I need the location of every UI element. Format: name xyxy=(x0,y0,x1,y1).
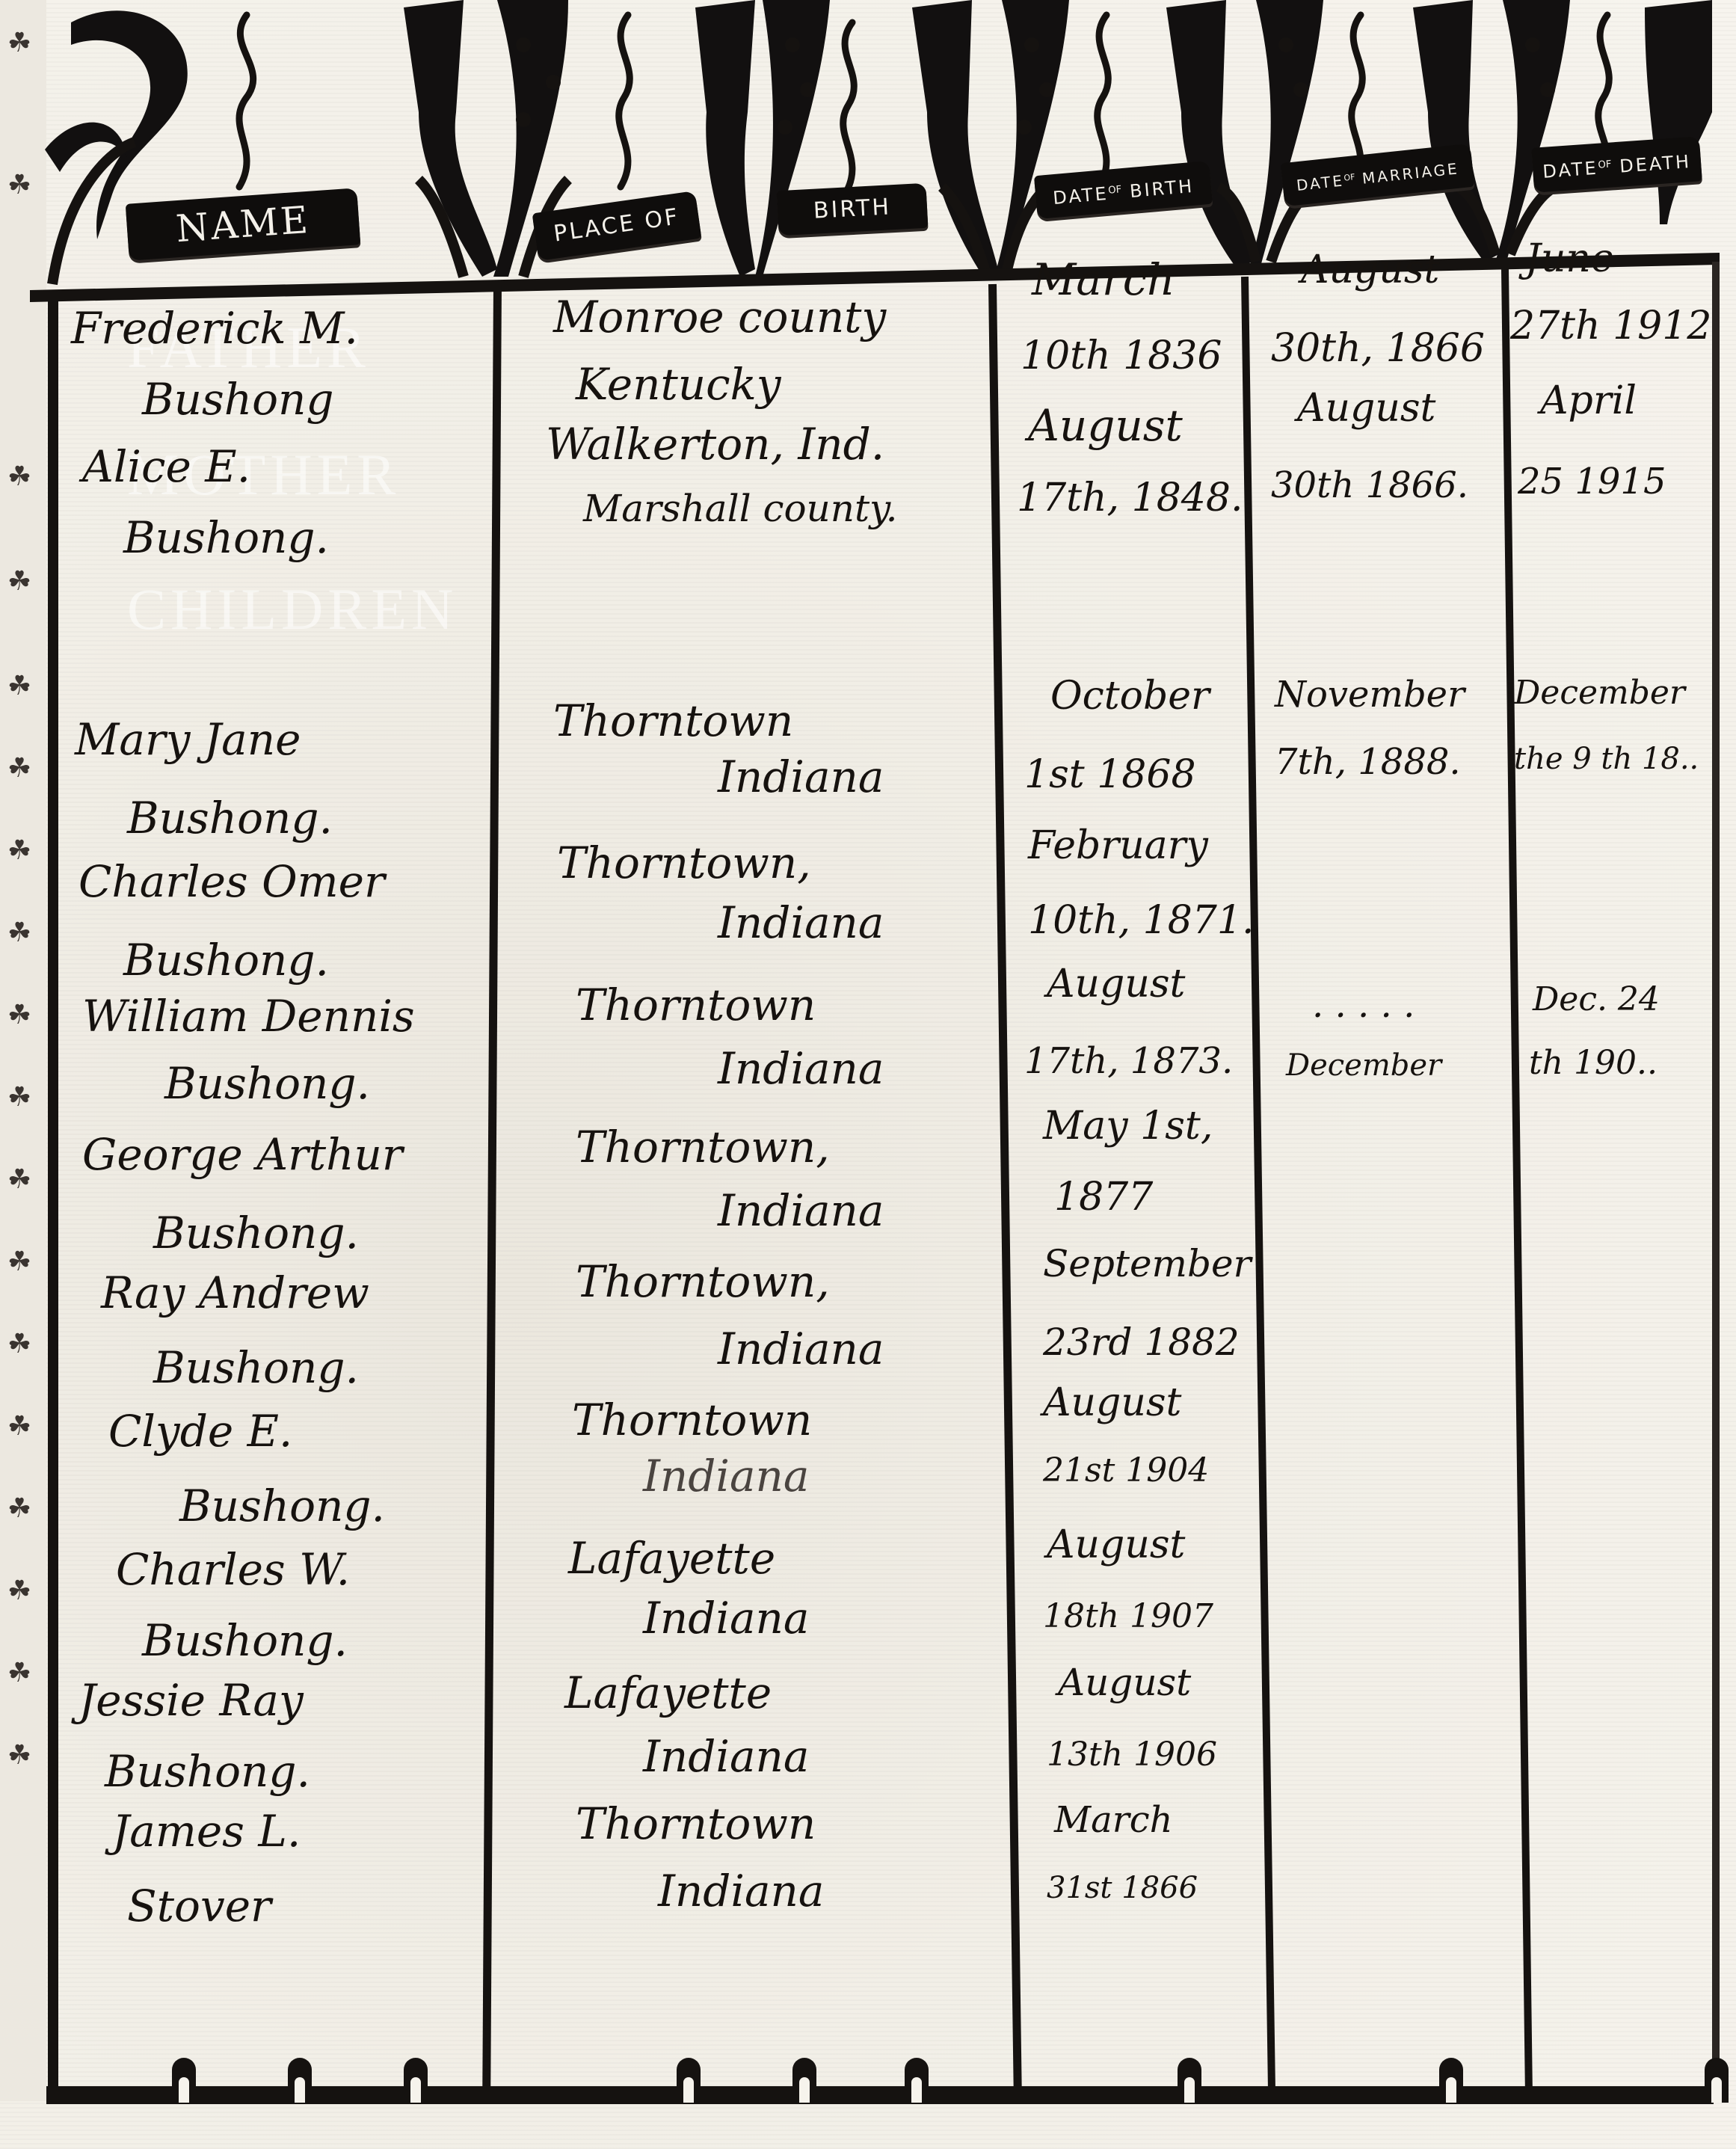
death-line1: Dec. 24 xyxy=(1533,983,1660,1016)
death-line1: December xyxy=(1514,677,1685,710)
birth-line2: 23rd 1882 xyxy=(1043,1323,1240,1361)
birth-line2: 21st 1904 xyxy=(1043,1454,1209,1487)
name-line2: Bushong. xyxy=(179,1484,385,1528)
marriage-line2: 30th, 1866 xyxy=(1271,329,1485,368)
birth-line1: October xyxy=(1050,677,1210,716)
scallop-ornament-icon xyxy=(792,2058,816,2103)
birth-line2: 10th 1836 xyxy=(1021,336,1222,375)
place-line1: Monroe county xyxy=(553,295,886,339)
name-line1: Frederick M. xyxy=(71,307,358,350)
clover-ornament-icon: ☘ xyxy=(6,1002,33,1029)
name-line1: Alice E. xyxy=(82,445,250,488)
name-line1: George Arthur xyxy=(82,1133,403,1176)
birth-line1: May 1st, xyxy=(1043,1107,1213,1146)
scallop-ornament-icon xyxy=(1705,2058,1729,2103)
place-line2: Indiana xyxy=(643,1454,809,1498)
scallop-ornament-icon xyxy=(677,2058,701,2103)
name-line2: Bushong. xyxy=(153,1346,359,1389)
clover-ornament-icon: ☘ xyxy=(6,1331,33,1358)
place-line2: Indiana xyxy=(718,1327,884,1371)
clover-ornament-icon: ☘ xyxy=(6,1578,33,1605)
birth-line1: August xyxy=(1047,965,1185,1003)
birth-line2: 17th, 1873. xyxy=(1024,1043,1233,1079)
frame-right-line xyxy=(1712,262,1720,2094)
birth-line1: March xyxy=(1054,1802,1173,1838)
clover-ornament-icon: ☘ xyxy=(6,920,33,947)
marriage-line1: August xyxy=(1301,250,1439,289)
marriage-line2: 7th, 1888. xyxy=(1275,744,1461,780)
marriage-line2: 30th 1866. xyxy=(1271,467,1468,503)
name-line1: Mary Jane xyxy=(75,718,301,761)
place-line2: Indiana xyxy=(718,1189,884,1232)
scallop-ornament-icon xyxy=(288,2058,312,2103)
place-line1: Thorntown xyxy=(576,1802,816,1845)
birth-line2: 10th, 1871. xyxy=(1028,901,1254,940)
death-line1: June xyxy=(1525,239,1614,278)
place-line1: Thorntown xyxy=(572,1398,812,1442)
birth-line1: August xyxy=(1043,1383,1181,1422)
birth-line1: March xyxy=(1032,258,1175,301)
header-birth-label: BIRTH xyxy=(777,183,929,236)
name-line2: Bushong. xyxy=(105,1750,310,1793)
place-line1: Thorntown xyxy=(576,983,816,1027)
name-line2: Bushong. xyxy=(123,516,329,559)
left-decorative-border: ☘ ☘ ☘ ☘ ☘ ☘ ☘ ☘ ☘ ☘ ☘ ☘ ☘ ☘ ☘ ☘ ☘ ☘ xyxy=(0,0,46,2101)
death-line1: April xyxy=(1540,381,1637,420)
scallop-ornament-icon xyxy=(905,2058,929,2103)
name-line1: Clyde E. xyxy=(108,1409,292,1453)
scallop-ornament-icon xyxy=(1439,2058,1463,2103)
place-line2: Indiana xyxy=(718,1047,884,1090)
birth-line1: September xyxy=(1043,1245,1251,1282)
name-line2: Bushong. xyxy=(142,1619,348,1662)
clover-ornament-icon: ☘ xyxy=(6,1413,33,1440)
place-line2: Marshall county. xyxy=(583,490,898,527)
place-line1: Thorntown, xyxy=(557,841,811,885)
clover-ornament-icon: ☘ xyxy=(6,1249,33,1276)
marriage-line2: December xyxy=(1286,1051,1441,1080)
marriage-line1: November xyxy=(1275,677,1465,713)
place-line1: Thorntown, xyxy=(576,1125,830,1169)
death-line2: th 190.. xyxy=(1529,1047,1657,1080)
watermark-children: CHILDREN xyxy=(127,576,458,643)
document-page: ☘ ☘ ☘ ☘ ☘ ☘ ☘ ☘ ☘ ☘ ☘ ☘ ☘ ☘ ☘ ☘ ☘ ☘ xyxy=(0,0,1736,2149)
name-line2: Bushong. xyxy=(127,796,333,840)
scallop-ornament-icon xyxy=(172,2058,196,2103)
clover-ornament-icon: ☘ xyxy=(6,568,33,595)
clover-ornament-icon: ☘ xyxy=(6,1495,33,1522)
clover-ornament-icon: ☘ xyxy=(6,1166,33,1193)
place-line2: Indiana xyxy=(718,901,884,944)
clover-ornament-icon: ☘ xyxy=(6,1084,33,1111)
name-line1: Charles Omer xyxy=(79,860,385,903)
name-line1: William Dennis xyxy=(82,994,415,1038)
name-line1: Charles W. xyxy=(116,1548,350,1591)
scallop-ornament-icon xyxy=(404,2058,428,2103)
name-line1: Jessie Ray xyxy=(79,1679,304,1722)
frame-left-line xyxy=(48,292,58,2094)
birth-line2: 13th 1906 xyxy=(1047,1738,1217,1771)
column-divider-place-birthdate xyxy=(988,284,1022,2094)
birth-line1: August xyxy=(1047,1525,1185,1564)
column-divider-name-place xyxy=(482,284,502,2094)
column-divider-birthdate-marriage xyxy=(1241,277,1275,2094)
birth-line2: 1877 xyxy=(1054,1178,1153,1217)
place-line2: Kentucky xyxy=(576,363,781,406)
clover-ornament-icon: ☘ xyxy=(6,464,33,491)
name-line2: Bushong. xyxy=(164,1062,370,1105)
death-line2: the 9 th 18.. xyxy=(1514,744,1699,774)
place-line1: Lafayette xyxy=(564,1671,772,1715)
death-line2: 25 1915 xyxy=(1518,464,1666,499)
place-line1: Thorntown xyxy=(553,699,793,743)
marriage-line1: August xyxy=(1297,389,1435,428)
place-line2: Indiana xyxy=(643,1596,809,1640)
name-line1: James L. xyxy=(112,1810,301,1853)
place-line1: Thorntown, xyxy=(576,1260,830,1303)
birth-line2: 18th 1907 xyxy=(1043,1600,1213,1633)
place-line2: Indiana xyxy=(718,755,884,799)
marriage-line1: . . . . . xyxy=(1312,987,1415,1023)
death-line2: 27th 1912 xyxy=(1510,307,1711,345)
birth-line2: 31st 1866 xyxy=(1047,1873,1198,1903)
birth-line2: 1st 1868 xyxy=(1024,755,1196,794)
name-line2: Bushong xyxy=(142,378,334,421)
clover-ornament-icon: ☘ xyxy=(6,1660,33,1687)
name-line1: Ray Andrew xyxy=(101,1271,369,1315)
clover-ornament-icon: ☘ xyxy=(6,1742,33,1769)
place-line1: Lafayette xyxy=(568,1537,775,1580)
birth-line1: February xyxy=(1028,826,1208,865)
clover-ornament-icon: ☘ xyxy=(6,837,33,864)
scallop-ornament-icon xyxy=(1178,2058,1201,2103)
name-line2: Bushong. xyxy=(123,938,329,982)
birth-line1: August xyxy=(1058,1664,1191,1701)
birth-line2: 17th, 1848. xyxy=(1017,479,1243,517)
birth-line1: August xyxy=(1028,404,1183,447)
clover-ornament-icon: ☘ xyxy=(6,755,33,782)
column-divider-marriage-death xyxy=(1501,269,1533,2094)
clover-ornament-icon: ☘ xyxy=(6,673,33,700)
name-line2: Stover xyxy=(127,1884,271,1928)
place-line2: Indiana xyxy=(643,1735,809,1778)
name-line2: Bushong. xyxy=(153,1211,359,1255)
place-line1: Walkerton, Ind. xyxy=(546,422,884,466)
place-line2: Indiana xyxy=(658,1869,824,1913)
